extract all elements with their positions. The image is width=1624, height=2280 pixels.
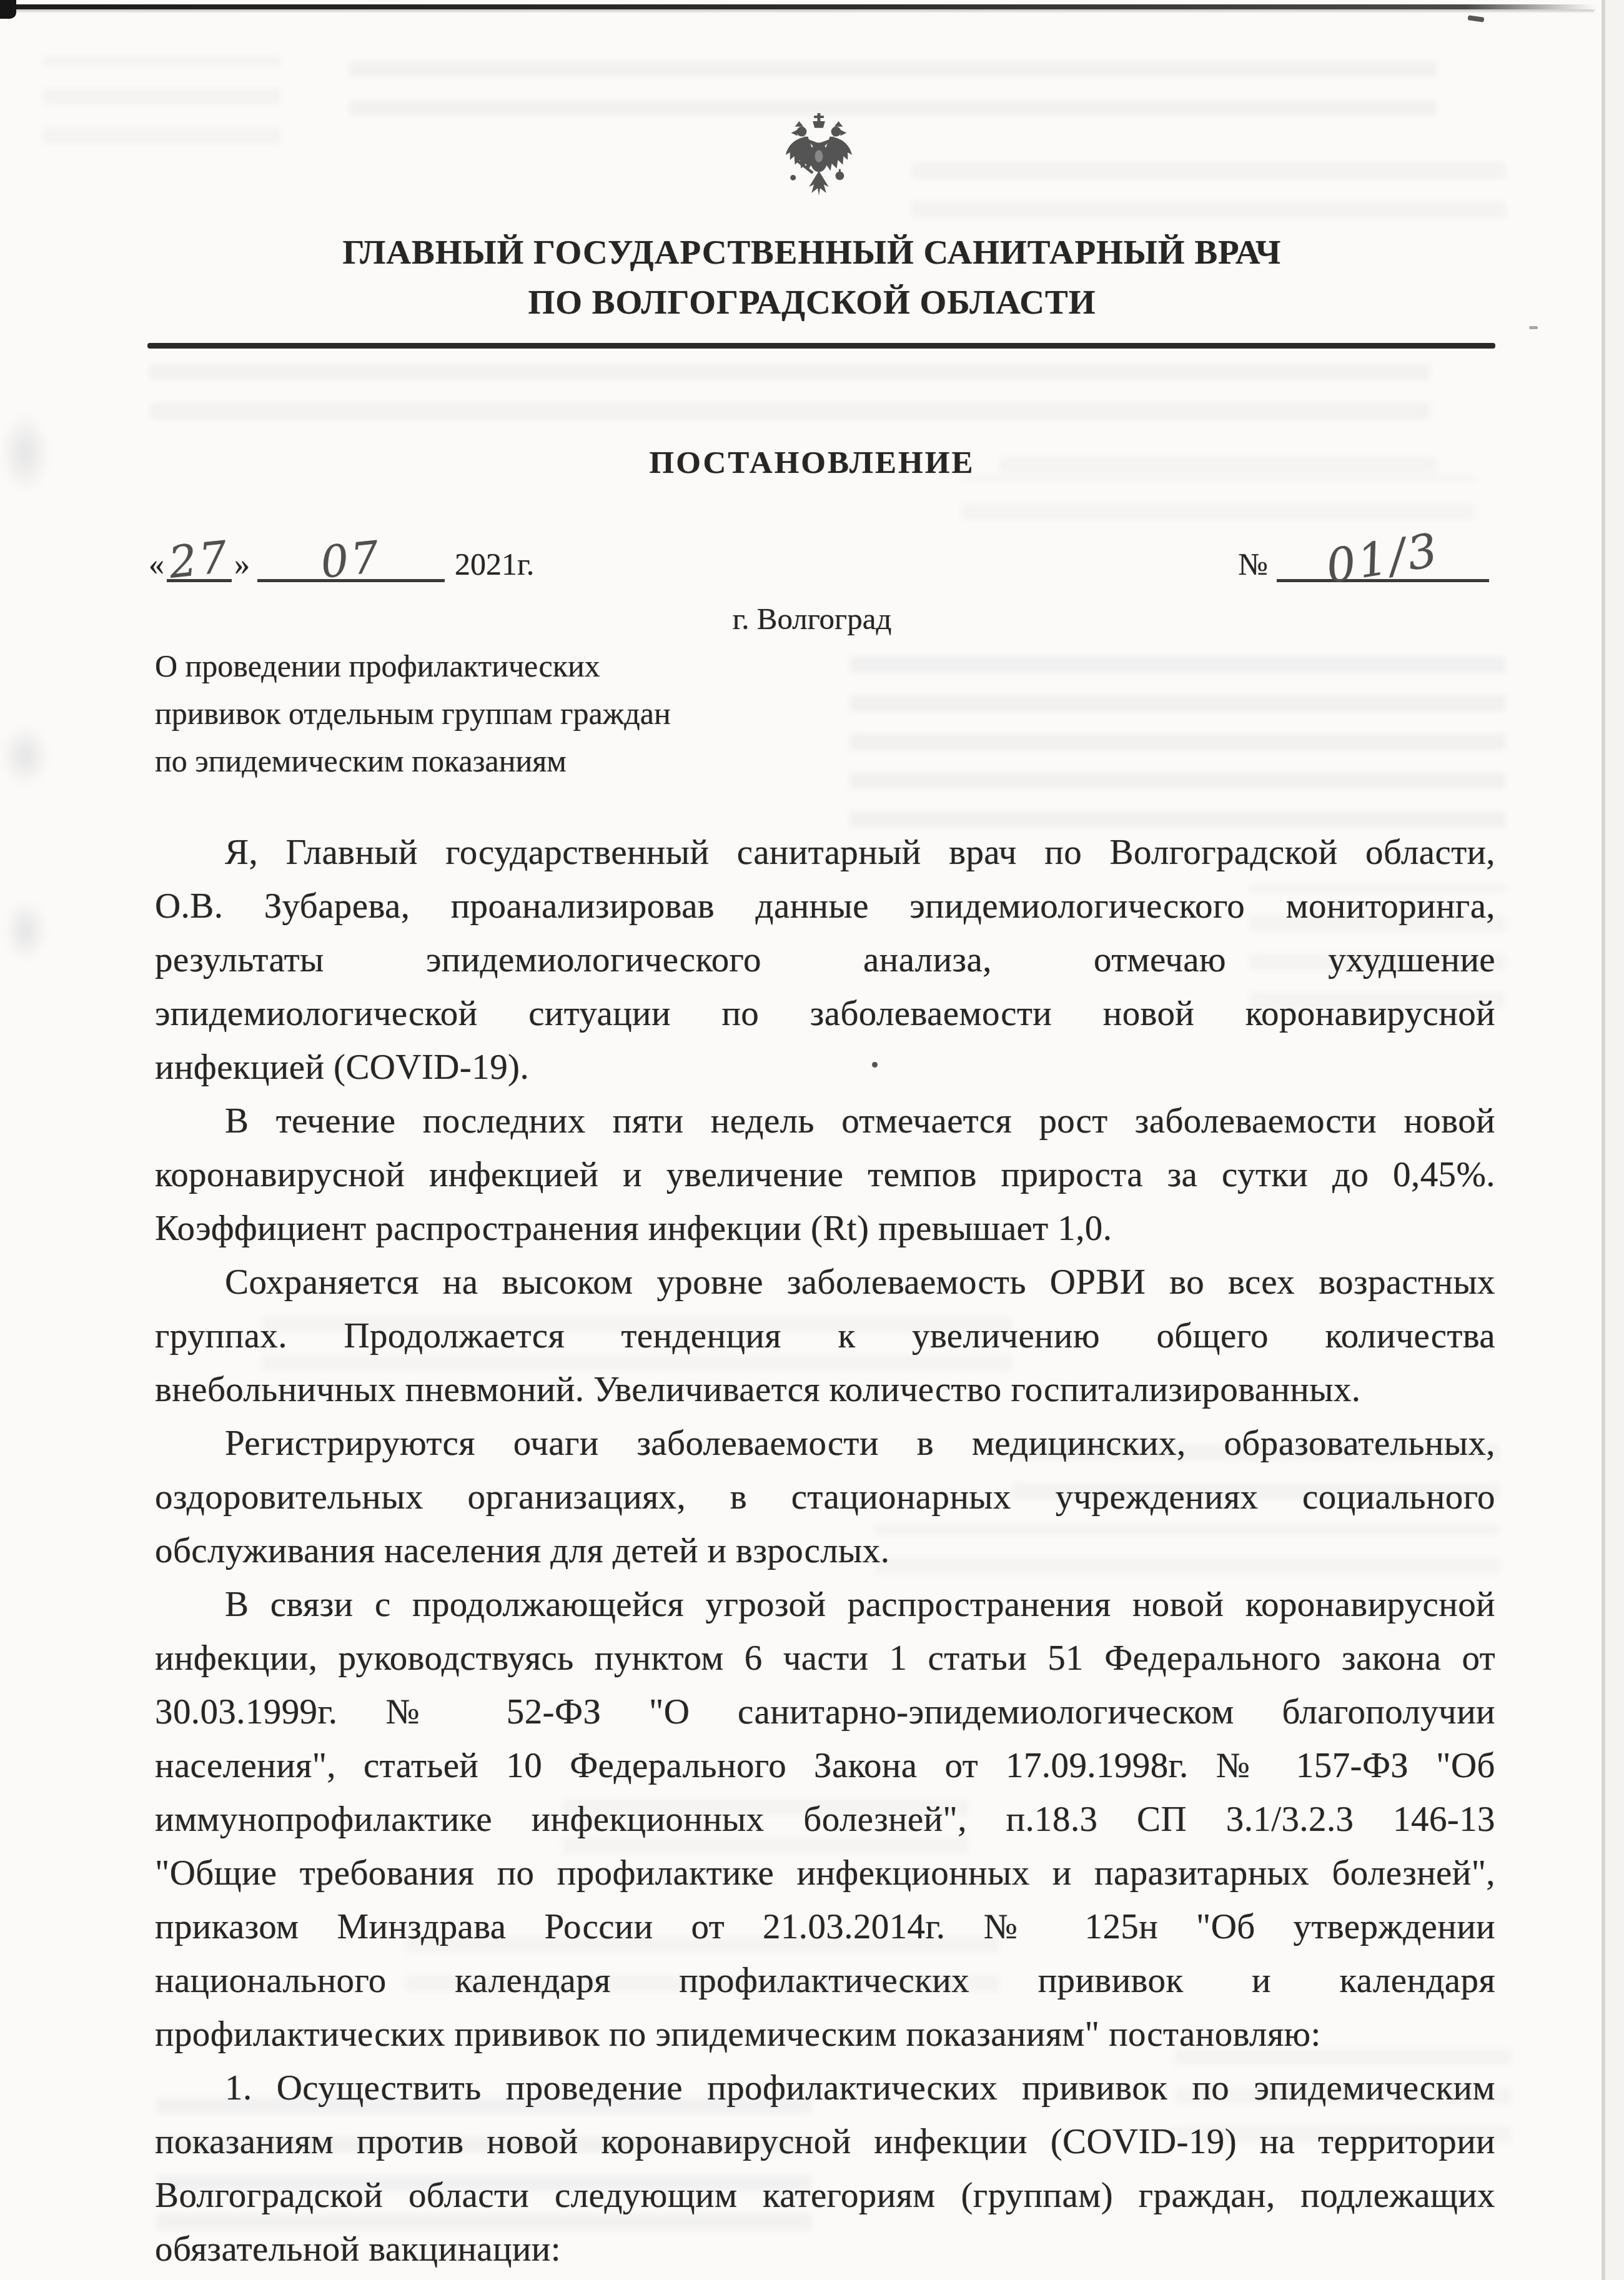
bleed-through-smudge: [849, 647, 1505, 828]
document-title: ПОСТАНОВЛЕНИЕ: [0, 445, 1624, 481]
subject-block: О проведении профилактическихпрививок от…: [155, 642, 879, 785]
day-underline: 27: [167, 535, 232, 582]
body-line: показаниям против новой коронавирусной и…: [155, 2115, 1495, 2169]
body-line: национального календаря профилактических…: [155, 1954, 1495, 2008]
bleed-through-smudge: [150, 359, 1430, 419]
city-line: г. Волгоград: [0, 601, 1624, 637]
body-line: Я, Главный государственный санитарный вр…: [155, 826, 1495, 880]
issuer-name-line2: ПО ВОЛГОГРАДСКОЙ ОБЛАСТИ: [0, 282, 1624, 322]
subject-line: прививок отдельным группам граждан: [155, 690, 879, 737]
body-line: группах. Продолжается тенденция к увелич…: [155, 1309, 1495, 1363]
body-line: иммунопрофилактике инфекционных болезней…: [155, 1793, 1495, 1846]
body-line: приказом Минздрава России от 21.03.2014г…: [155, 1900, 1495, 1954]
bleed-through-smudge: [962, 476, 1474, 520]
body-line: результаты эпидемиологического анализа, …: [155, 933, 1495, 987]
body-line: обслуживания населения для детей и взрос…: [155, 1524, 1495, 1578]
body-line: инфекцией (COVID-19).: [155, 1041, 1495, 1094]
bleed-through-smudge: [912, 147, 1505, 217]
body-line: "Общие требования по профилактике инфекц…: [155, 1846, 1495, 1900]
scan-page-edge-line: [1602, 0, 1605, 2280]
coat-of-arms-eagle-emblem: [782, 111, 856, 201]
numero-sign: №: [1238, 546, 1268, 582]
number-underline: 01/3: [1277, 535, 1489, 582]
bleed-through-smudge: [0, 725, 50, 787]
bleed-through-smudge: [350, 40, 1437, 116]
body-line: О.В. Зубарева, проанализировав данные эп…: [155, 880, 1495, 933]
close-guillemet: »: [234, 546, 250, 582]
month-underline: 07: [257, 535, 445, 582]
body-line: оздоровительных организациях, в стациона…: [155, 1470, 1495, 1524]
handwritten-day: 27: [166, 531, 232, 588]
body-line: В связи с продолжающейся угрозой распрос…: [155, 1578, 1495, 1632]
body-line: внебольничных пневмоний. Увеличивается к…: [155, 1363, 1495, 1417]
bleed-through-smudge: [4, 900, 47, 962]
date-block: « 27 » 07 2021г.: [149, 528, 534, 582]
open-guillemet: «: [149, 546, 164, 582]
body-line: 30.03.1999г. № 52-ФЗ "О санитарно-эпидем…: [155, 1685, 1495, 1739]
body-text-block: Я, Главный государственный санитарный вр…: [155, 826, 1495, 2276]
body-line: Коэффициент распространения инфекции (Rt…: [155, 1202, 1495, 1256]
body-line: Волгоградской области следующим категори…: [155, 2169, 1495, 2223]
body-line: инфекции, руководствуясь пунктом 6 части…: [155, 1632, 1495, 1685]
scan-speck: [1529, 326, 1538, 329]
body-line: Регистрируются очаги заболеваемости в ме…: [155, 1417, 1495, 1470]
body-line: обязательной вакцинации:: [155, 2223, 1495, 2276]
body-line: населения", статьей 10 Федерального Зако…: [155, 1739, 1495, 1793]
subject-line: по эпидемическим показаниям: [155, 737, 879, 785]
body-line: Сохраняется на высоком уровне заболеваем…: [155, 1256, 1495, 1309]
bleed-through-smudge: [44, 56, 281, 144]
header-divider-rule: [147, 343, 1495, 349]
scan-speck: [1468, 15, 1485, 22]
subject-line: О проведении профилактических: [155, 642, 879, 690]
scan-corner-artifact: [0, 0, 16, 19]
year-label: 2021г.: [455, 546, 534, 582]
body-line: В течение последних пяти недель отмечает…: [155, 1094, 1495, 1148]
body-line: 1. Осуществить проведение профилактическ…: [155, 2061, 1495, 2115]
handwritten-month: 07: [318, 531, 384, 588]
issuer-name-line1: ГЛАВНЫЙ ГОСУДАРСТВЕННЫЙ САНИТАРНЫЙ ВРАЧ: [0, 232, 1624, 272]
number-block: № 01/3: [1238, 528, 1489, 582]
scan-top-edge-line: [0, 4, 1594, 9]
scan-page-edge-strip: [1605, 0, 1624, 2280]
body-line: профилактических прививок по эпидемическ…: [155, 2008, 1495, 2061]
handwritten-number: 01/3: [1322, 523, 1443, 593]
body-line: коронавирусной инфекцией и увеличение те…: [155, 1148, 1495, 1202]
body-line: эпидемиологической ситуации по заболевае…: [155, 987, 1495, 1041]
